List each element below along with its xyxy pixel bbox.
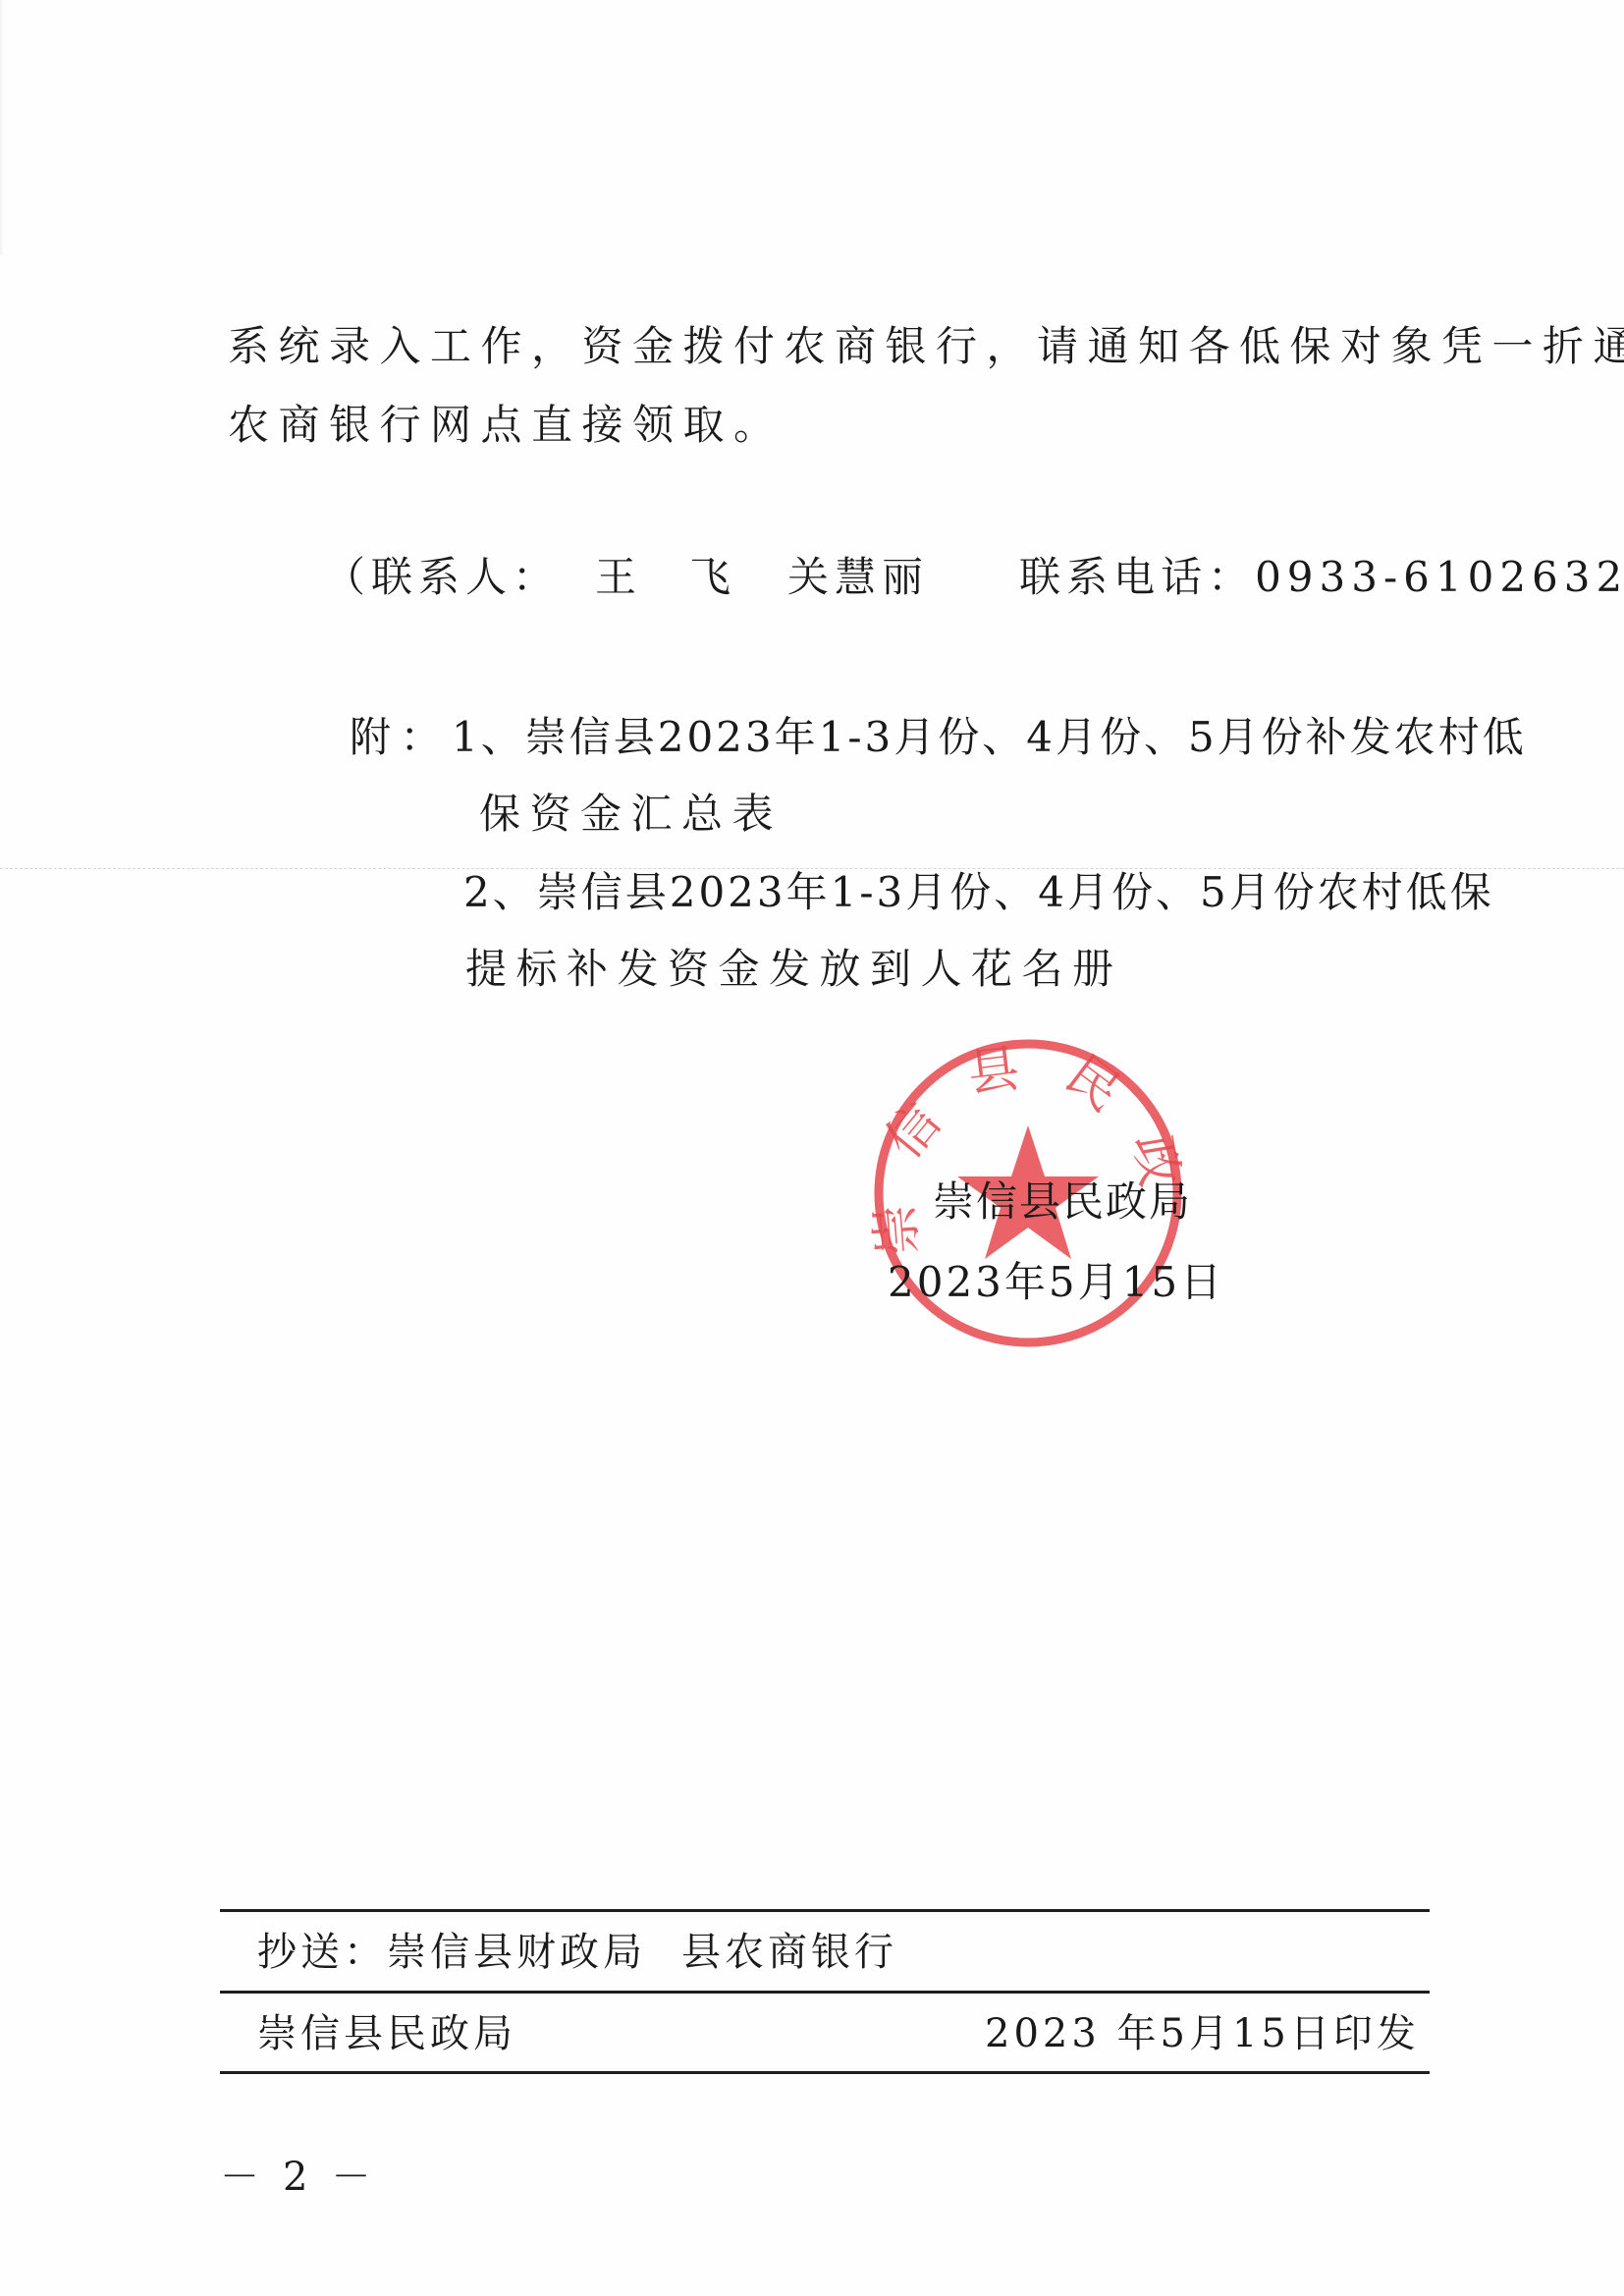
scan-edge-shadow xyxy=(0,0,4,255)
body-paragraph-line-1: 系统录入工作，资金拨付农商银行，请通知各低保对象凭一折通在 xyxy=(228,326,1624,367)
attachment-1-line-2: 保资金汇总表 xyxy=(479,793,783,835)
issue-date: 2023 年5月15日印发 xyxy=(985,2014,1420,2053)
contact-label: 联系人： xyxy=(371,553,560,601)
attachments-label: 附： xyxy=(350,717,451,758)
body-paragraph-line-2: 农商银行网点直接领取。 xyxy=(228,405,785,446)
cc-row: 抄送：崇信县财政局县农商银行 xyxy=(257,1933,897,1972)
cc-label: 抄送： xyxy=(257,1930,387,1975)
footer-divider-middle xyxy=(220,1991,1430,1994)
cc-recipient-1: 崇信县财政局 xyxy=(387,1930,646,1975)
cc-recipient-2: 县农商银行 xyxy=(681,1930,897,1975)
page-number: －2－ xyxy=(220,2158,370,2197)
contact-phone: 0933-6102632 xyxy=(1255,553,1624,601)
document-page: 系统录入工作，资金拨付农商银行，请通知各低保对象凭一折通在 农商银行网点直接领取… xyxy=(0,0,1624,2296)
signature-organization: 崇信县民政局 xyxy=(933,1181,1192,1223)
page-dash-right: － xyxy=(331,2155,370,2200)
attachment-2-line-2: 提标补发资金发放到人花名册 xyxy=(465,949,1123,990)
page-dash-left: － xyxy=(220,2155,259,2200)
contact-person-1: 王 飞 xyxy=(595,553,736,601)
page-number-value: 2 xyxy=(283,2155,307,2200)
contact-person-2: 关慧丽 xyxy=(787,553,929,601)
signature-date: 2023年5月15日 xyxy=(888,1262,1224,1303)
attachment-2-line-1: 2、崇信县2023年1-3月份、4月份、5月份农村低保 xyxy=(463,872,1494,913)
issuer: 崇信县民政局 xyxy=(257,2014,516,2053)
attachment-1-line-1: 1、崇信县2023年1-3月份、4月份、5月份补发农村低 xyxy=(452,717,1527,758)
contact-open-paren: （ xyxy=(324,553,371,601)
footer-divider-top xyxy=(220,1909,1430,1912)
contact-info: （联系人：王 飞关慧丽联系电话：0933-6102632） xyxy=(324,557,1624,598)
footer-divider-bottom xyxy=(220,2071,1430,2074)
contact-phone-label: 联系电话： xyxy=(1019,553,1255,601)
